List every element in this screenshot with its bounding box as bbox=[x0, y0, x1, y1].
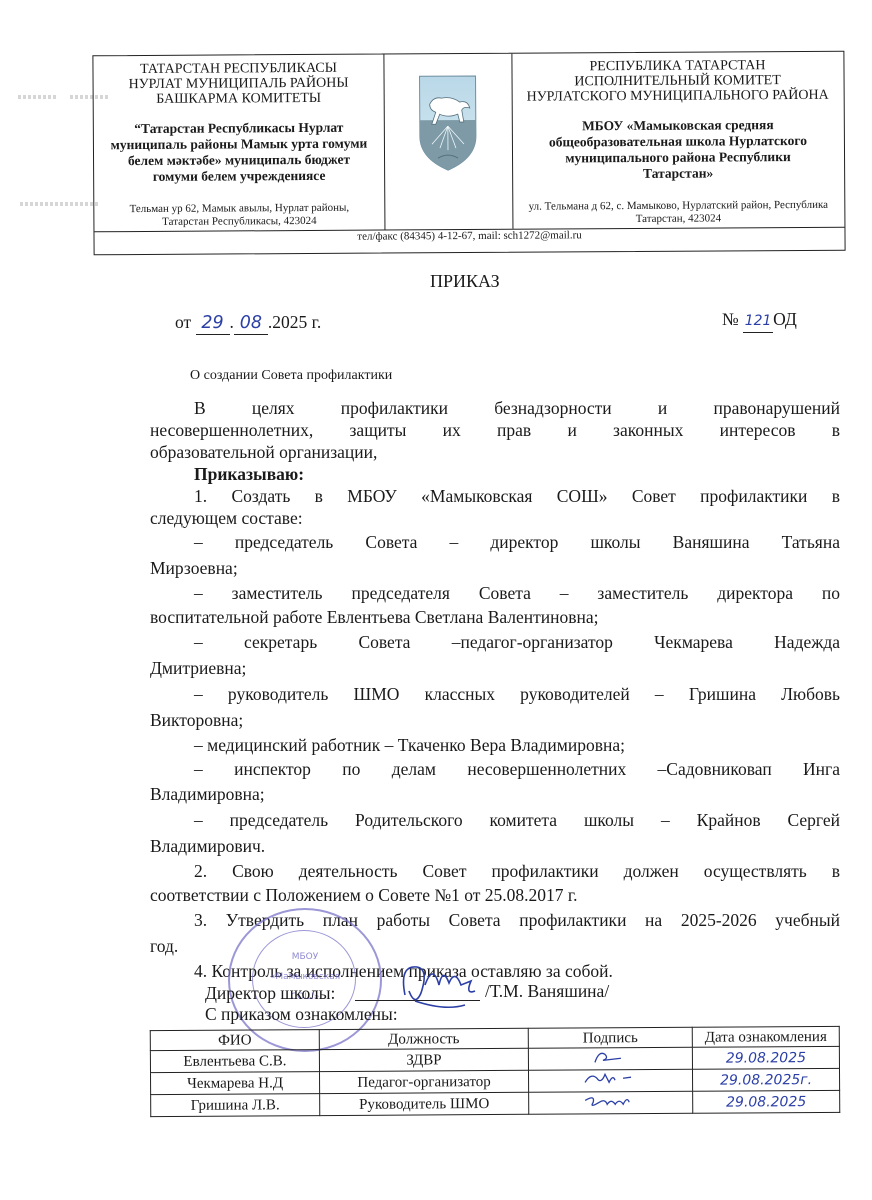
body-line: 2. Свою деятельность Совет профилактики … bbox=[150, 859, 840, 883]
body-line: Владимировна; bbox=[150, 781, 840, 807]
preamble-line: В целях профилактики безнадзорности и пр… bbox=[150, 397, 840, 419]
body-line: воспитательной работе Евлентьева Светлан… bbox=[150, 605, 840, 629]
director-signature-icon bbox=[395, 955, 485, 1015]
cell-signature bbox=[529, 1091, 693, 1114]
cell-name: Чекмарева Н.Д bbox=[151, 1072, 320, 1095]
body-line: Владимирович. bbox=[150, 833, 840, 859]
contacts-line: тел/факс (84345) 4-12-67, mail: sch1272@… bbox=[94, 227, 844, 256]
letterhead: ТАТАРСТАН РЕСПУБЛИКАСЫ НУРЛАТ МУНИЦИПАЛЬ… bbox=[92, 51, 845, 256]
handwritten-signature-icon bbox=[590, 1048, 630, 1064]
letterhead-tatar-block: ТАТАРСТАН РЕСПУБЛИКАСЫ НУРЛАТ МУНИЦИПАЛЬ… bbox=[93, 55, 385, 232]
order-date: от 29.08.2025 г. bbox=[175, 311, 321, 335]
signature-role: Директор школы: bbox=[205, 982, 335, 1004]
table-row: Гришина Л.В. Руководитель ШМО 29.08.2025 bbox=[151, 1090, 840, 1116]
order-body: В целях профилактики безнадзорности и пр… bbox=[150, 397, 840, 983]
body-line: – председатель Совета – директор школы В… bbox=[150, 529, 840, 555]
tatar-authority-name: ТАТАРСТАН РЕСПУБЛИКАСЫ НУРЛАТ МУНИЦИПАЛЬ… bbox=[93, 61, 383, 108]
order-number: № 121ОД bbox=[722, 308, 797, 333]
cell-signature bbox=[528, 1047, 692, 1070]
body-line: Мирзоевна; bbox=[150, 555, 840, 581]
russian-authority-name: РЕСПУБЛИКА ТАТАРСТАН ИСПОЛНИТЕЛЬНЫЙ КОМИ… bbox=[511, 58, 843, 105]
cell-signature bbox=[528, 1069, 692, 1092]
number-value: 121 bbox=[743, 310, 773, 333]
body-line: Дмитриевна; bbox=[150, 655, 840, 681]
letterhead-emblem-cell bbox=[383, 54, 513, 230]
header-signature: Подпись bbox=[528, 1027, 692, 1048]
body-line: – медицинский работник – Ткаченко Вера В… bbox=[150, 733, 840, 757]
signatory-name: /Т.М. Ваняшина/ bbox=[485, 980, 609, 1002]
body-line: 1. Создать в МБОУ «Мамыковская СОШ» Сове… bbox=[150, 485, 840, 507]
body-line: соответствии с Положением о Совете №1 от… bbox=[150, 883, 840, 907]
handwritten-signature-icon bbox=[580, 1070, 640, 1086]
header-name: ФИО bbox=[150, 1030, 319, 1051]
tatar-school-name: “Татарстан Республикасы Нурлат муниципал… bbox=[94, 120, 384, 186]
cell-position: Руководитель ШМО bbox=[320, 1092, 529, 1115]
document-title: ПРИКАЗ bbox=[430, 270, 500, 292]
body-line: – руководитель ШМО классных руководителе… bbox=[150, 681, 840, 707]
acquainted-label: С приказом ознакомлены: bbox=[205, 1003, 398, 1025]
tatar-address: Тельман ур 62, Мамык авылы, Нурлат район… bbox=[94, 202, 384, 230]
cell-position: ЗДВР bbox=[319, 1048, 528, 1071]
cell-position: Педагог-организатор bbox=[319, 1070, 528, 1093]
preamble-line: несовершеннолетних, защиты их прав и зак… bbox=[150, 419, 840, 441]
scan-artifact bbox=[20, 202, 100, 206]
body-line: Викторовна; bbox=[150, 707, 840, 733]
letterhead-russian-block: РЕСПУБЛИКА ТАТАРСТАН ИСПОЛНИТЕЛЬНЫЙ КОМИ… bbox=[511, 52, 844, 229]
cell-date: 29.08.2025г. bbox=[692, 1068, 839, 1091]
order-word: Приказываю: bbox=[150, 463, 840, 485]
scan-artifact bbox=[18, 95, 58, 99]
date-day: 29 bbox=[196, 312, 230, 335]
body-line: – секретарь Совета –педагог-организатор … bbox=[150, 629, 840, 655]
order-subject: О создании Совета профилактики bbox=[190, 365, 392, 387]
cell-date: 29.08.2025 bbox=[693, 1090, 840, 1113]
cell-name: Гришина Л.В. bbox=[151, 1094, 320, 1117]
coat-of-arms-icon bbox=[418, 74, 479, 174]
body-line: следующем составе: bbox=[150, 507, 840, 529]
handwritten-signature-icon bbox=[581, 1092, 641, 1108]
date-month: 08 bbox=[234, 312, 268, 335]
acknowledgement-table: ФИО Должность Подпись Дата ознакомления … bbox=[150, 1026, 841, 1117]
header-position: Должность bbox=[319, 1028, 528, 1049]
russian-school-name: МБОУ «Мамыковская средняя общеобразовате… bbox=[512, 117, 844, 183]
cell-date: 29.08.2025 bbox=[692, 1046, 839, 1069]
body-line: – председатель Родительского комитета шк… bbox=[150, 807, 840, 833]
cell-name: Евлентьева С.В. bbox=[150, 1050, 319, 1073]
header-date: Дата ознакомления bbox=[692, 1026, 839, 1047]
russian-address: ул. Тельмана д 62, с. Мамыково, Нурлатск… bbox=[512, 199, 844, 227]
body-line: – заместитель председателя Совета – заме… bbox=[150, 581, 840, 605]
body-line: – инспектор по делам несовершеннолетних … bbox=[150, 757, 840, 781]
preamble-line: образовательной организации, bbox=[150, 441, 840, 463]
